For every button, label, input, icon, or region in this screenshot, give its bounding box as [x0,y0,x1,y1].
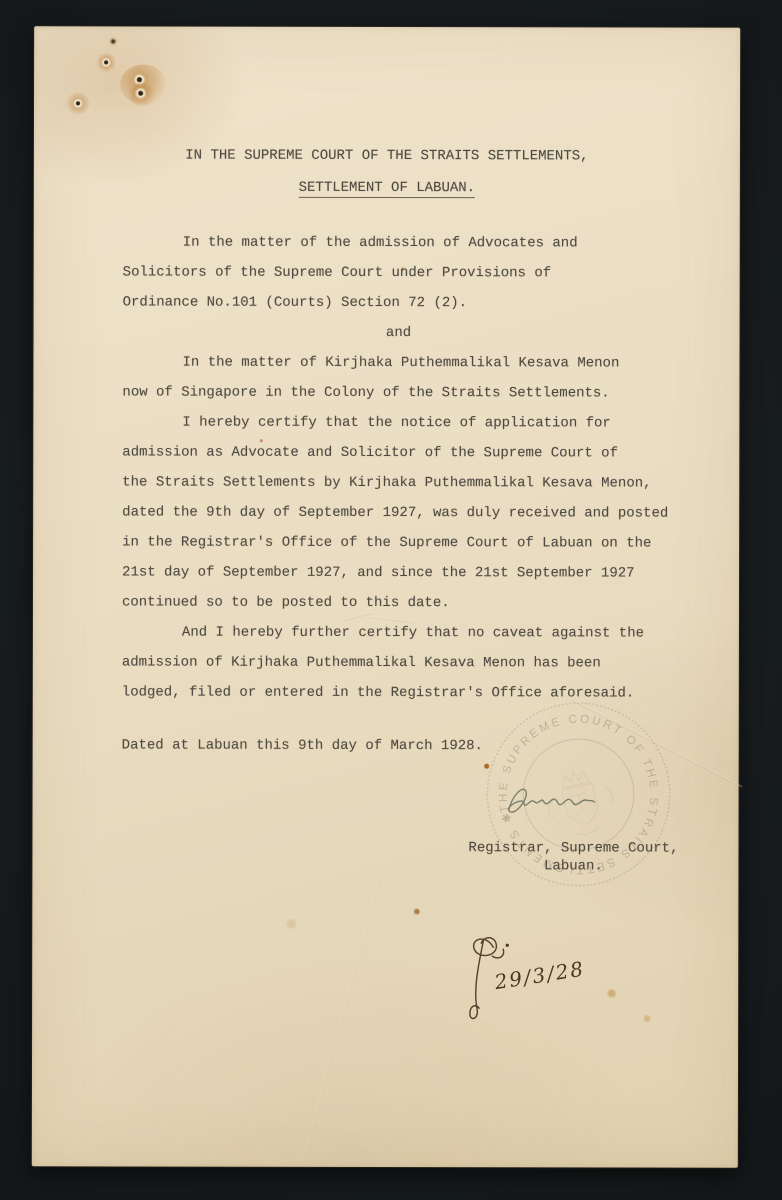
typed-line: admission as Advocate and Solicitor of t… [122,437,674,468]
typed-line: the Straits Settlements by Kirjhaka Puth… [122,467,674,498]
pinhole [108,36,118,46]
typed-line: lodged, filed or entered in the Registra… [122,677,674,708]
typed-line: continued so to be posted to this date. [122,587,674,618]
typed-line: I hereby certify that the notice of appl… [122,407,674,438]
typed-line: in the Registrar's Office of the Supreme… [122,527,674,558]
fold-line [302,879,380,1161]
typed-line: and [123,317,675,348]
typed-line: In the matter of Kirjhaka Puthemmalikal … [122,347,674,378]
foxing-stain [285,918,297,930]
pinhole [96,52,116,72]
typed-line: admission of Kirjhaka Puthemmalikal Kesa… [122,647,674,678]
foxing-stain [643,1015,651,1023]
document-header: IN THE SUPREME COURT OF THE STRAITS SETT… [34,139,740,204]
pinhole [120,64,166,104]
pinhole [66,92,90,114]
dated-line: Dated at Labuan this 9th day of March 19… [122,730,483,761]
body-text: In the matter of the admission of Advoca… [122,227,675,708]
document-page: THE SUPREME COURT OF THE STRAITS SETTLEM… [32,26,740,1167]
signoff-line-1: Registrar, Supreme Court, [466,839,680,857]
signoff-block: Registrar, Supreme Court, Labuan. [466,839,680,875]
settlement-subtitle: SETTLEMENT OF LABUAN. [34,171,740,204]
registrar-signature [497,777,601,821]
photo-background: THE SUPREME COURT OF THE STRAITS SETTLEM… [0,0,782,1200]
typed-line: Solicitors of the Supreme Court under Pr… [123,257,675,288]
typed-line: now of Singapore in the Colony of the St… [122,377,674,408]
pinhole [128,82,156,106]
foxing-stain [413,908,420,915]
typed-line: Ordinance No.101 (Courts) Section 72 (2)… [123,287,675,318]
typed-line: 21st day of September 1927, and since th… [122,557,674,588]
signoff-line-2: Labuan. [466,857,680,875]
typed-line: dated the 9th day of September 1927, was… [122,497,674,528]
underlined-subtitle-text: SETTLEMENT OF LABUAN. [299,180,475,198]
typed-line: And I hereby further certify that no cav… [122,617,674,648]
court-title: IN THE SUPREME COURT OF THE STRAITS SETT… [34,139,740,172]
typed-line: In the matter of the admission of Advoca… [123,227,675,258]
foxing-stain [606,988,617,998]
